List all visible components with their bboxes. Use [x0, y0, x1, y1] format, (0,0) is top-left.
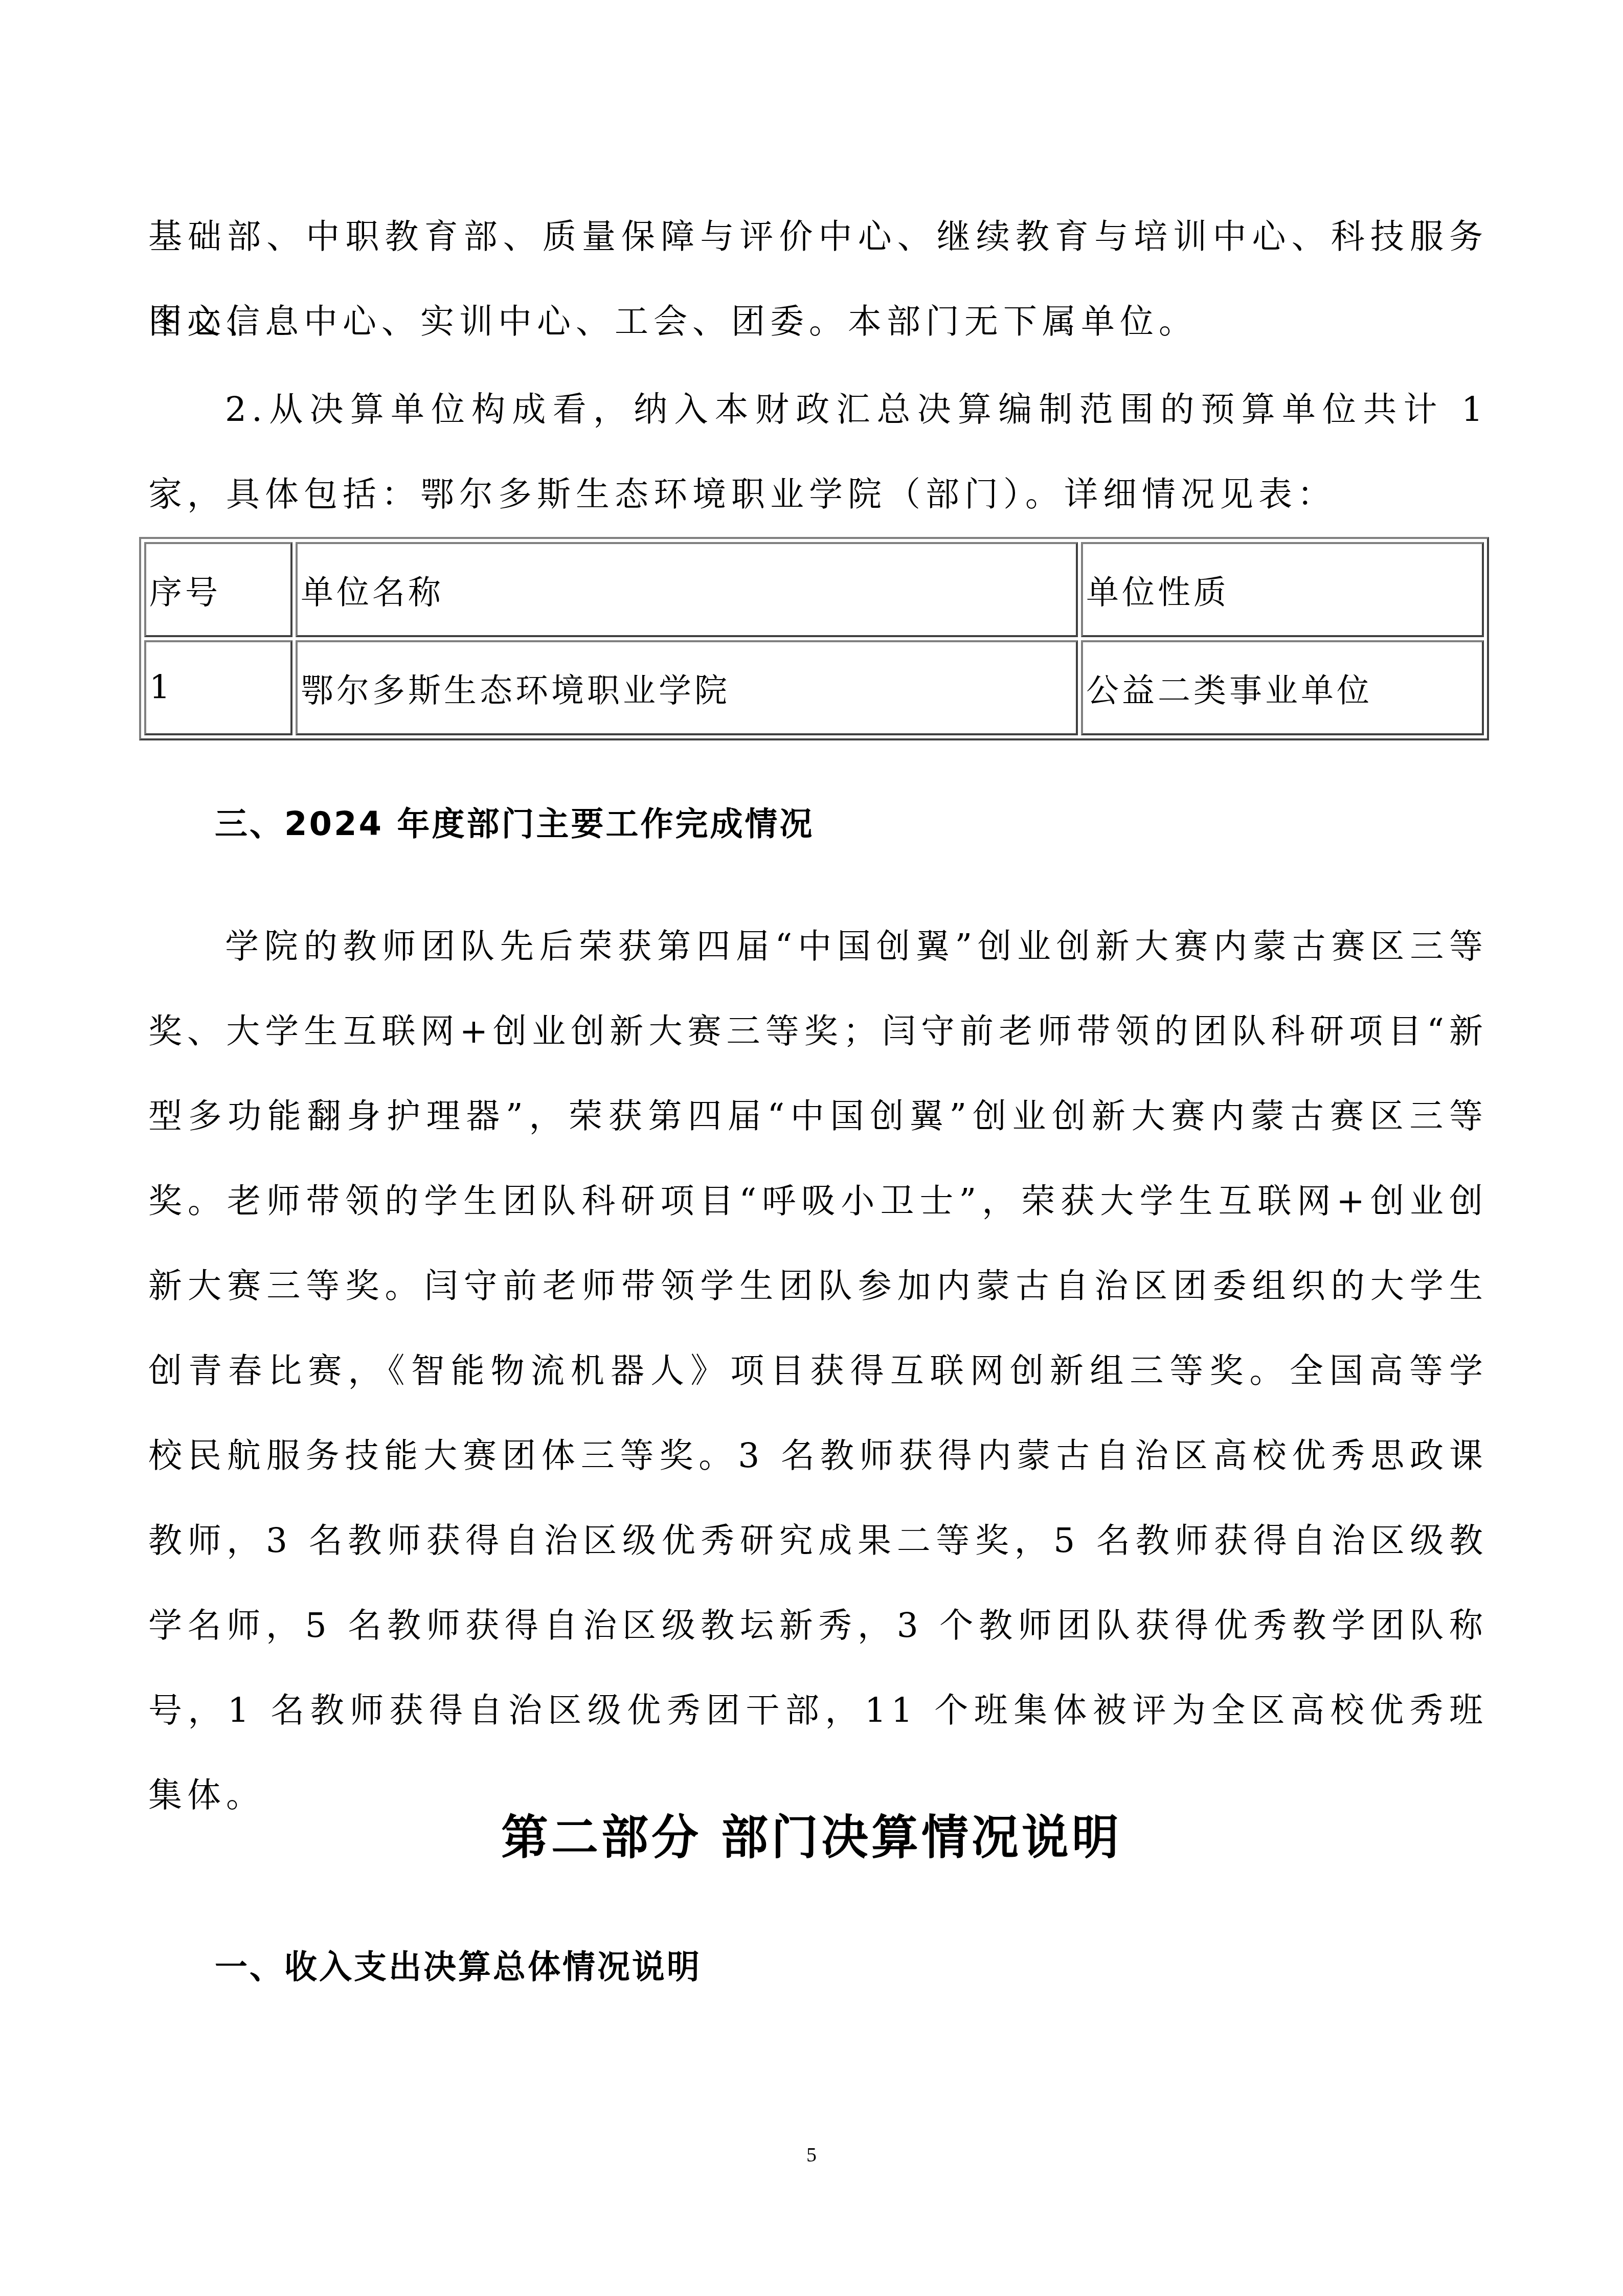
table-row: 1 鄂尔多斯生态环境职业学院 公益二类事业单位 — [144, 640, 1484, 735]
document-page: 基础部、中职教育部、质量保障与评价中心、继续教育与培训中心、科技服务中心、 图文… — [0, 0, 1623, 2296]
unit-composition-paragraph: 2.从决算单位构成看，纳入本财政汇总决算编制范围的预算单位共计 1 家，具体包括… — [148, 367, 1488, 537]
table-header-row: 序号 单位名称 单位性质 — [144, 542, 1484, 637]
cell-index: 1 — [144, 640, 292, 735]
cell-unit-nature: 公益二类事业单位 — [1081, 640, 1484, 735]
header-unit-name: 单位名称 — [296, 542, 1078, 637]
header-unit-nature: 单位性质 — [1081, 542, 1484, 637]
page-number: 5 — [0, 2143, 1623, 2167]
section-three-body: 学院的教师团队先后荣获第四届“中国创翼”创业创新大赛内蒙古赛区三等奖、大学生互联… — [148, 904, 1488, 1838]
intro-paragraph-line-2: 图文信息中心、实训中心、工会、团委。本部门无下属单位。 — [148, 279, 1488, 364]
cell-unit-name: 鄂尔多斯生态环境职业学院 — [296, 640, 1078, 735]
unit-table: 序号 单位名称 单位性质 1 鄂尔多斯生态环境职业学院 公益二类事业单位 — [139, 537, 1489, 740]
section-three-heading: 三、2024 年度部门主要工作完成情况 — [215, 798, 814, 845]
part-two-title: 第二部分 部门决算情况说明 — [0, 1800, 1623, 1867]
header-index: 序号 — [144, 542, 292, 637]
section-one-heading: 一、收入支出决算总体情况说明 — [215, 1941, 702, 1988]
